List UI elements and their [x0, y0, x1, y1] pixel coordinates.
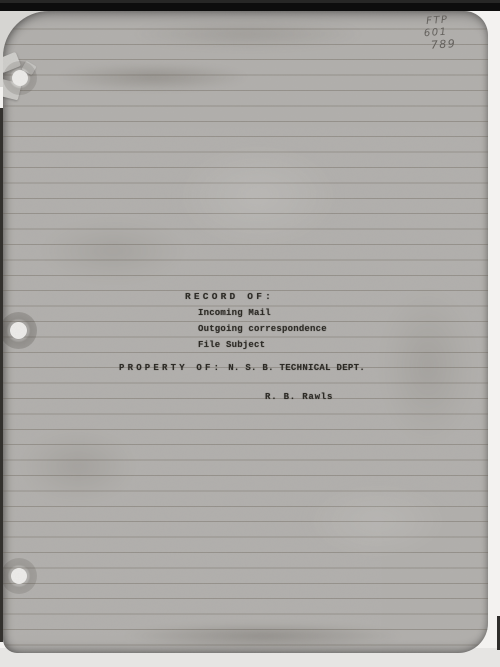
punch-hole: [12, 70, 28, 86]
property-line: PROPERTY OF:N. S. B. TECHNICAL DEPT.: [119, 363, 365, 373]
signature: R. B. Rawls: [265, 392, 333, 402]
handwritten-corner-note: FTP 601 789: [426, 14, 457, 52]
record-item-file-subject: File Subject: [198, 340, 265, 350]
property-value: N. S. B. TECHNICAL DEPT.: [228, 363, 365, 373]
scan-frame-top-edge: [0, 0, 500, 11]
punch-hole: [11, 568, 27, 584]
scanned-document: FTP 601 789 RECORD OF: Incoming Mail Out…: [0, 0, 500, 667]
record-item-incoming-mail: Incoming Mail: [198, 308, 271, 318]
ledger-page: FTP 601 789 RECORD OF: Incoming Mail Out…: [3, 11, 488, 653]
record-heading: RECORD OF:: [185, 291, 274, 302]
handwritten-line: 789: [430, 38, 456, 52]
record-item-outgoing-correspondence: Outgoing correspondence: [198, 324, 327, 334]
property-label: PROPERTY OF:: [119, 363, 222, 373]
punch-hole: [10, 322, 27, 339]
